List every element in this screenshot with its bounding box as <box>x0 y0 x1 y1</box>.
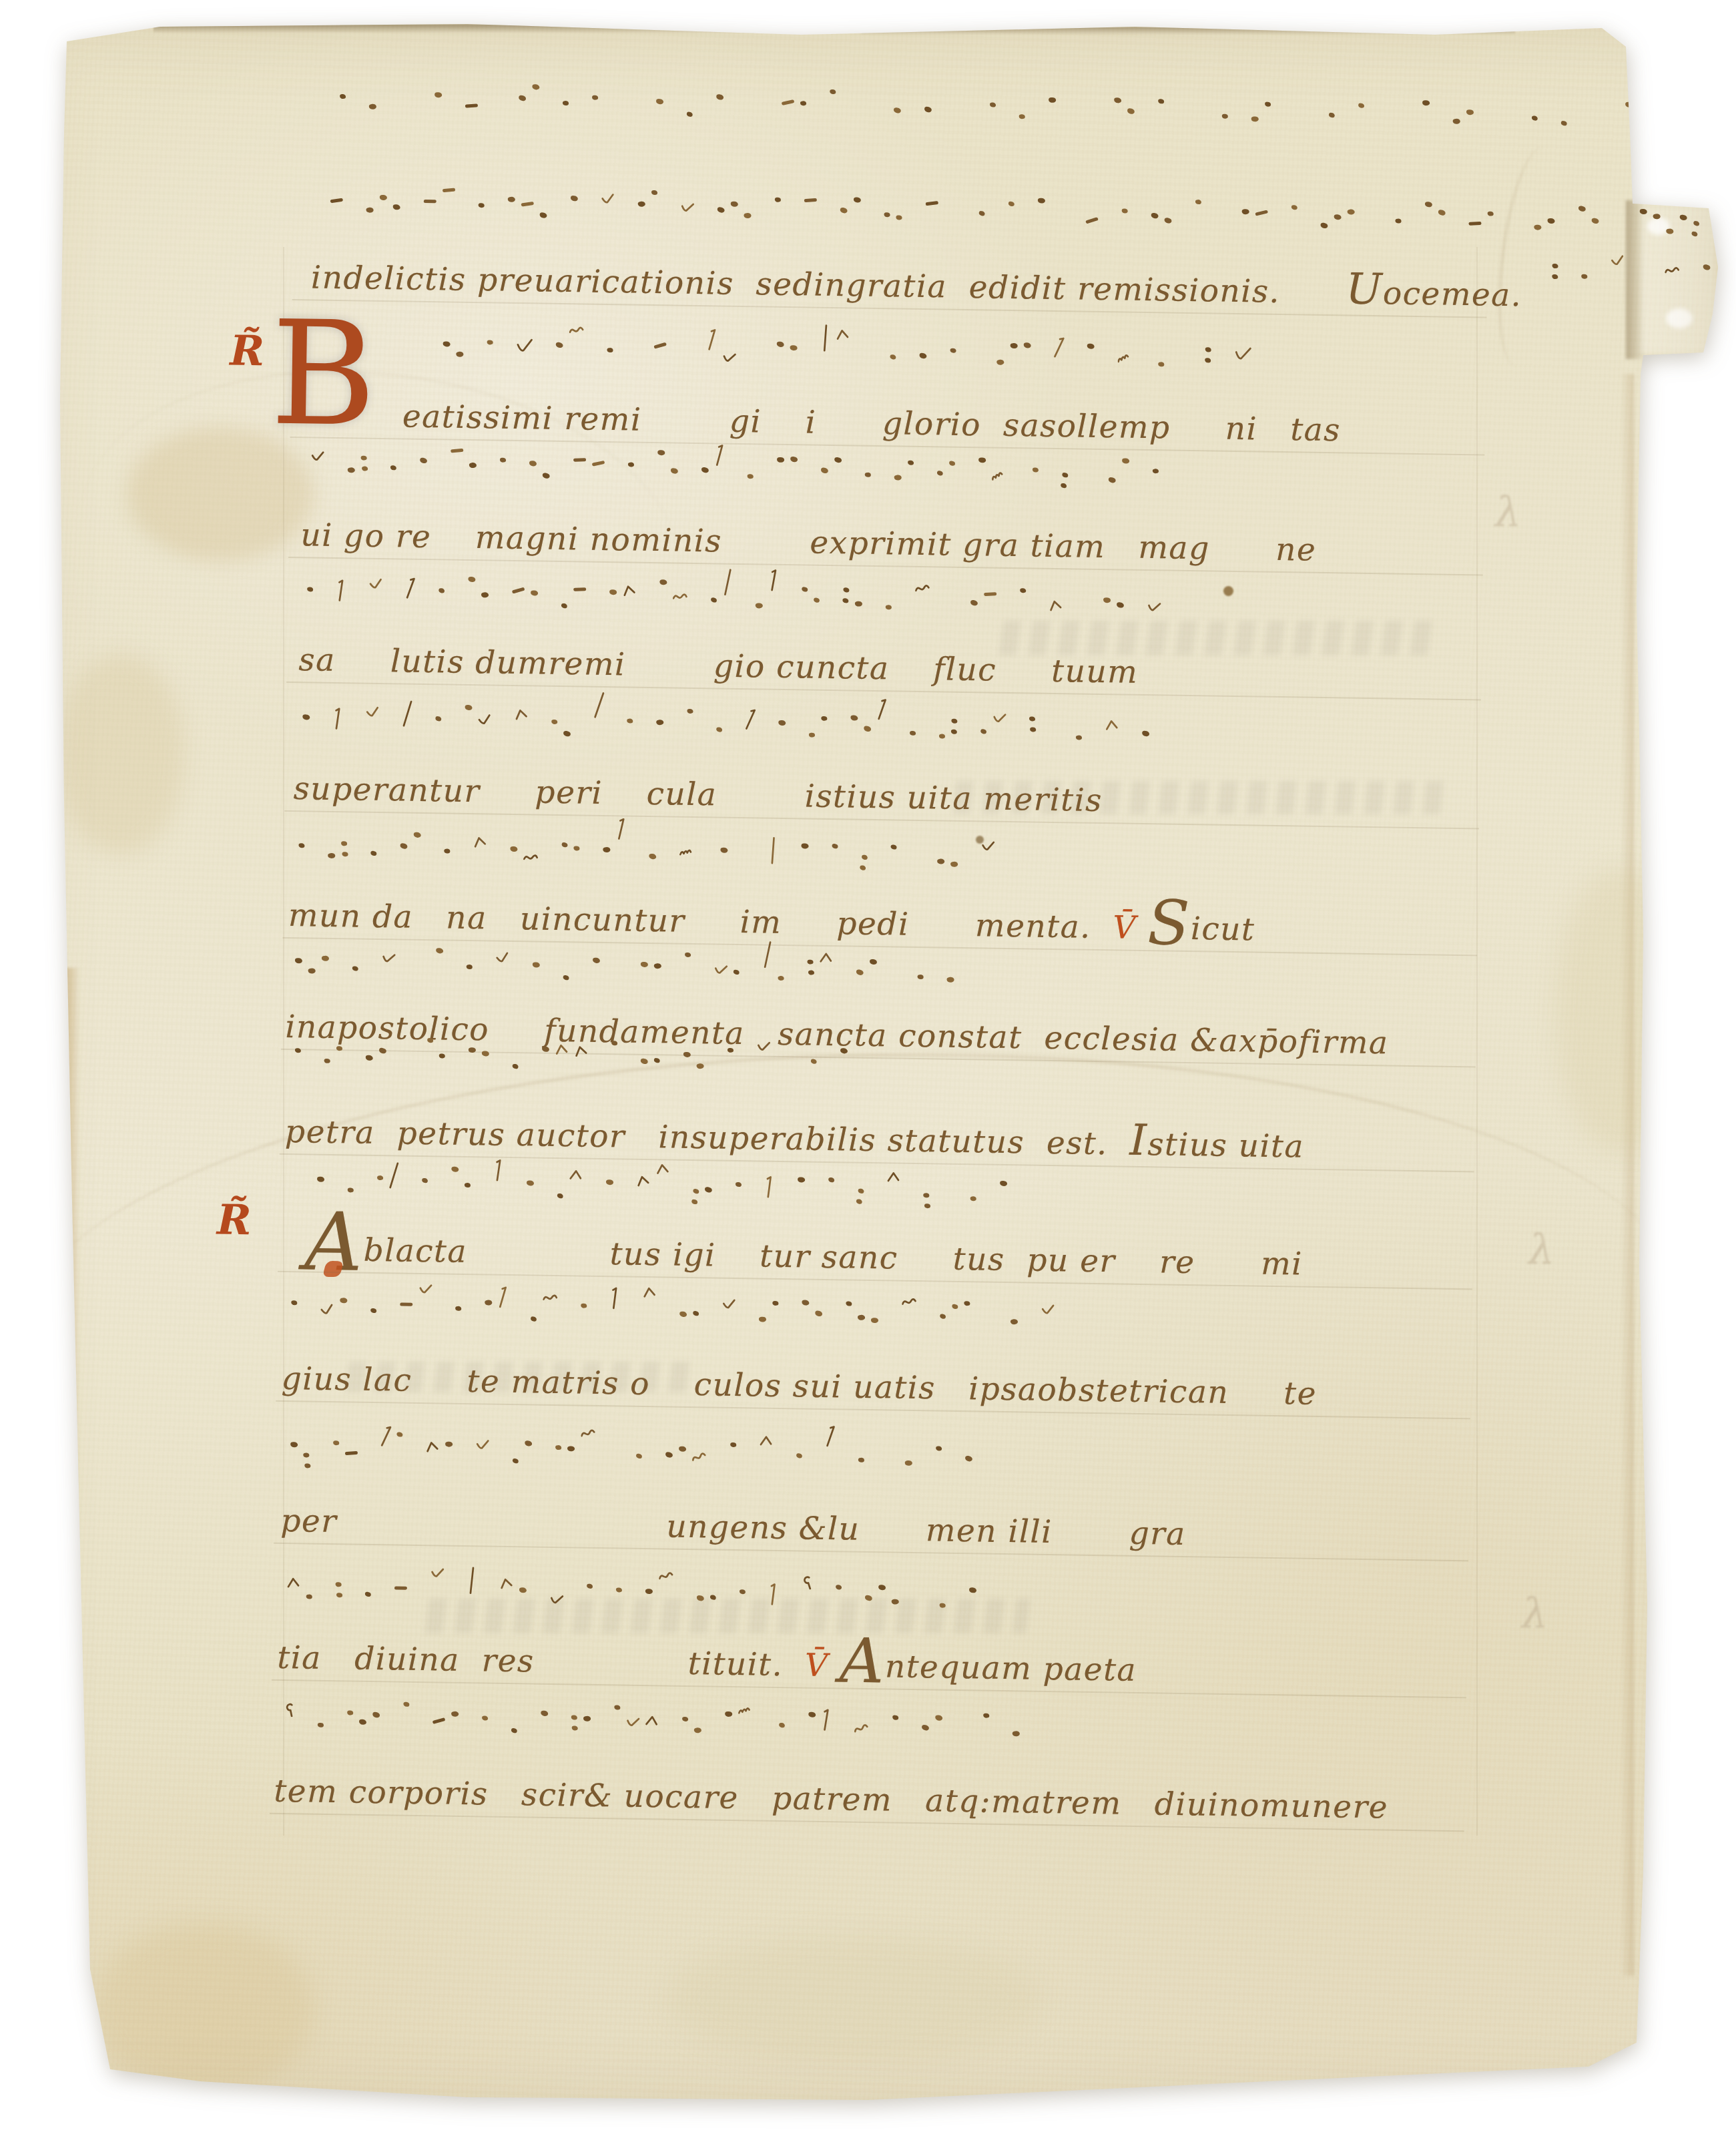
neume <box>767 1581 780 1609</box>
neume <box>1640 209 1647 214</box>
neume <box>607 348 613 353</box>
neume <box>672 590 689 607</box>
neume <box>890 844 896 850</box>
neume <box>425 1440 440 1456</box>
neume <box>1395 218 1402 224</box>
neume <box>482 1715 488 1720</box>
neume <box>935 1715 943 1721</box>
neume <box>679 846 698 862</box>
neume <box>365 1055 373 1061</box>
neume <box>336 1046 343 1051</box>
neume <box>1151 212 1159 218</box>
neume <box>922 1187 930 1209</box>
neume <box>893 107 901 113</box>
neume <box>946 977 954 983</box>
neume <box>840 1048 848 1054</box>
neume <box>476 1438 489 1453</box>
neume <box>563 730 571 737</box>
neume <box>523 851 539 868</box>
neume <box>443 341 451 346</box>
neume <box>365 706 380 722</box>
neume <box>825 1424 836 1451</box>
neume <box>802 1300 810 1306</box>
lyric-segment: A <box>304 1195 364 1289</box>
neume <box>884 212 890 218</box>
neume <box>970 599 978 606</box>
neume <box>563 101 569 106</box>
neume <box>800 101 807 106</box>
lyric-segment: S <box>1147 887 1191 959</box>
neume <box>640 1058 648 1064</box>
neume <box>1666 228 1674 234</box>
neume <box>500 457 507 463</box>
neume <box>908 461 914 465</box>
neume <box>308 968 316 974</box>
neume <box>400 843 408 850</box>
neume <box>324 1058 330 1063</box>
neume <box>810 1059 817 1064</box>
neume <box>573 587 586 591</box>
neume <box>366 207 374 213</box>
rubric-initial: B <box>270 302 377 447</box>
neume <box>756 1040 771 1056</box>
neume <box>856 1183 865 1204</box>
neume <box>1122 208 1128 213</box>
neume <box>1425 202 1432 208</box>
neume <box>878 1585 886 1591</box>
neume <box>940 1314 946 1319</box>
lyric-segment: tia diuina res tituit. <box>277 1639 784 1683</box>
neume <box>738 1705 756 1719</box>
neume <box>1320 222 1328 229</box>
neume <box>1142 730 1150 736</box>
neume <box>711 597 717 603</box>
lyric-segment <box>1091 909 1113 946</box>
neume <box>1552 258 1558 279</box>
neume <box>731 202 738 207</box>
neume <box>557 1193 563 1198</box>
neume <box>405 575 416 603</box>
neume <box>1103 597 1111 603</box>
neume <box>593 957 601 963</box>
neume <box>525 1440 533 1446</box>
neume <box>482 1051 489 1056</box>
neume <box>581 1303 587 1308</box>
neume <box>778 975 784 981</box>
margin-responsory-mark: R̃ <box>230 330 264 372</box>
neume <box>1581 274 1588 279</box>
neume <box>512 1063 519 1069</box>
neume <box>573 846 579 850</box>
neume <box>378 1047 386 1054</box>
neume <box>842 582 850 603</box>
neume <box>891 1599 899 1605</box>
neume <box>970 1196 976 1201</box>
versus-mark: V̄ <box>805 1647 840 1685</box>
neume <box>477 713 492 729</box>
neume <box>707 327 717 354</box>
neume <box>643 1286 657 1302</box>
neume <box>730 1442 737 1448</box>
neume <box>919 352 927 359</box>
neume <box>924 106 932 113</box>
neume <box>318 1722 324 1727</box>
neume <box>1114 97 1122 103</box>
neume <box>401 698 413 731</box>
verso-ghost-glyph: λ <box>1522 1589 1548 1637</box>
neume <box>1679 214 1687 220</box>
neume <box>850 715 858 721</box>
neume <box>990 469 1010 485</box>
neume <box>465 1183 471 1188</box>
neume <box>864 472 871 477</box>
neume <box>298 843 304 848</box>
neume <box>1048 599 1063 615</box>
neume <box>917 975 924 980</box>
neume <box>858 1457 865 1462</box>
neume <box>1029 711 1036 732</box>
neume <box>555 1445 561 1450</box>
neume <box>683 1052 691 1057</box>
neume <box>716 94 724 100</box>
neume <box>365 1592 372 1597</box>
neume <box>782 100 794 104</box>
neume <box>755 603 763 609</box>
neume <box>1531 115 1538 121</box>
neume <box>807 954 815 975</box>
neume <box>436 948 444 954</box>
neume <box>1347 209 1355 215</box>
neume <box>776 341 784 347</box>
neume <box>834 457 842 463</box>
neume <box>1049 97 1057 103</box>
neume <box>1116 602 1124 608</box>
neume <box>855 601 863 607</box>
neume <box>828 1177 835 1183</box>
neume <box>796 1453 802 1458</box>
neume <box>790 345 797 351</box>
neume <box>290 1442 298 1447</box>
neume <box>1291 205 1297 210</box>
neume <box>846 1301 852 1306</box>
neume <box>679 1446 686 1452</box>
neume <box>832 844 838 849</box>
neume <box>696 1063 704 1069</box>
neume <box>1548 218 1555 224</box>
neume <box>1487 211 1493 216</box>
neume <box>616 816 626 843</box>
neume <box>515 336 533 358</box>
neume <box>1653 214 1661 220</box>
neume <box>611 1041 617 1045</box>
neume <box>679 201 695 218</box>
neume <box>641 962 648 968</box>
neume <box>1052 334 1066 362</box>
neume <box>498 1285 508 1312</box>
neume <box>651 190 657 195</box>
neume <box>555 1043 569 1059</box>
neume <box>1703 264 1711 271</box>
neume <box>541 1710 549 1716</box>
neume <box>978 211 985 216</box>
neume <box>368 103 376 109</box>
lyric-segment: ocemea. <box>1383 275 1522 314</box>
neume <box>622 583 637 600</box>
neume <box>1008 202 1015 207</box>
neume <box>443 188 455 192</box>
neume <box>533 962 540 967</box>
lyric-segment <box>1280 274 1346 311</box>
neume <box>1668 111 1676 117</box>
neume <box>856 969 864 976</box>
neume <box>983 1713 989 1718</box>
neume <box>725 1711 733 1717</box>
neume <box>499 1577 515 1593</box>
neume <box>1158 99 1164 104</box>
lyric-segment: U <box>1346 264 1384 314</box>
neume <box>511 1728 517 1733</box>
neume <box>759 1434 774 1450</box>
neume <box>1105 719 1119 734</box>
neume <box>1195 200 1201 204</box>
neume <box>1625 102 1633 107</box>
lyric-segment: icut <box>1190 910 1255 948</box>
neume <box>628 462 635 467</box>
neume <box>984 592 996 597</box>
neume <box>347 467 355 473</box>
neume <box>561 603 567 608</box>
neume <box>380 951 396 968</box>
neume <box>1108 477 1116 483</box>
neume <box>885 605 892 610</box>
neume <box>587 1583 593 1589</box>
neume <box>424 198 437 204</box>
neume <box>340 94 346 99</box>
neume <box>542 1046 550 1052</box>
neume <box>306 1594 312 1599</box>
neume <box>1358 103 1365 108</box>
neume <box>896 215 902 220</box>
neume <box>468 1047 476 1053</box>
neume <box>981 840 995 855</box>
neume <box>736 1182 742 1187</box>
neume <box>747 474 754 479</box>
neume <box>819 951 834 967</box>
neume <box>1422 100 1430 106</box>
neume <box>388 1160 400 1193</box>
neume <box>696 1595 704 1601</box>
neume <box>653 963 661 969</box>
neume <box>360 450 368 471</box>
neume <box>936 471 943 476</box>
neume <box>311 450 324 465</box>
margin-responsory-mark: R̃ <box>217 1199 252 1241</box>
neume <box>394 1585 408 1591</box>
neume <box>451 1166 459 1172</box>
neume <box>821 716 828 722</box>
neume <box>649 853 657 859</box>
neume <box>860 849 869 870</box>
neume <box>1087 343 1095 349</box>
neume <box>422 1177 428 1183</box>
neume <box>801 1575 813 1593</box>
neume <box>291 1300 297 1305</box>
neume <box>1012 1731 1020 1737</box>
neume <box>330 199 343 202</box>
neume <box>894 475 902 481</box>
ruling-vertical <box>1476 247 1478 1836</box>
neume <box>992 712 1006 728</box>
neume <box>413 832 421 838</box>
neume <box>1122 459 1129 464</box>
neume <box>551 720 557 724</box>
neume <box>465 103 478 108</box>
neume <box>340 836 348 857</box>
neume <box>519 95 527 101</box>
neume <box>1468 221 1481 226</box>
neume <box>1117 352 1135 367</box>
neume <box>716 727 723 732</box>
neume <box>555 342 563 348</box>
neume <box>715 443 724 470</box>
neume <box>609 589 617 595</box>
neume <box>430 1567 445 1582</box>
neume <box>766 835 780 868</box>
neume <box>915 583 930 598</box>
neume <box>487 340 493 345</box>
neume <box>481 592 489 598</box>
neume <box>583 1715 591 1721</box>
neume <box>1127 108 1135 115</box>
neume <box>871 1317 879 1323</box>
neume <box>951 714 958 734</box>
neume <box>801 843 809 849</box>
neume <box>473 835 488 851</box>
lyric-segment: A <box>839 1625 886 1697</box>
neume <box>495 951 511 967</box>
neume <box>302 1447 311 1468</box>
neume <box>625 1715 641 1732</box>
neume <box>1033 467 1039 472</box>
verso-ghost-glyph: λ <box>1528 1225 1554 1274</box>
neume <box>679 1311 687 1317</box>
neume <box>1665 264 1681 280</box>
neume <box>1041 1304 1055 1318</box>
neume <box>514 708 529 724</box>
neume <box>733 969 740 975</box>
neume <box>549 1593 564 1609</box>
neume <box>691 1450 707 1467</box>
lyric-segment: I <box>1129 1116 1148 1165</box>
neume <box>601 192 615 208</box>
neume <box>507 196 515 202</box>
neume <box>1000 1181 1007 1186</box>
neume <box>1233 344 1252 366</box>
neume <box>685 953 691 957</box>
neume <box>1038 198 1046 204</box>
neume <box>854 197 862 203</box>
neume <box>804 198 817 203</box>
neume <box>772 1301 779 1306</box>
manuscript-photo: λ λ λ indelictis preuaricationis sedingr… <box>0 0 1736 2136</box>
neume <box>372 1711 380 1718</box>
neume <box>439 588 445 593</box>
neume <box>606 1179 613 1185</box>
neume <box>512 1458 519 1464</box>
neume <box>876 697 888 724</box>
neume <box>886 1171 900 1186</box>
neume <box>778 720 786 726</box>
neume <box>775 197 782 202</box>
neume <box>1164 218 1172 224</box>
neume <box>1578 206 1586 212</box>
neume <box>1085 218 1099 223</box>
neume <box>592 461 605 465</box>
neume <box>432 1718 445 1723</box>
neume <box>722 1298 736 1313</box>
neume <box>980 729 987 734</box>
neume <box>693 1310 699 1316</box>
neume <box>910 730 916 736</box>
neume <box>720 848 728 853</box>
neume <box>709 1595 716 1600</box>
neume <box>645 1588 653 1594</box>
neume <box>904 1460 912 1466</box>
neume <box>820 1707 832 1734</box>
neume <box>1241 208 1249 214</box>
neume <box>571 1709 578 1730</box>
verso-ghost-glyph: λ <box>1495 487 1521 536</box>
neume <box>809 732 816 738</box>
neume <box>512 588 525 593</box>
neume <box>820 467 828 474</box>
neume <box>295 958 302 963</box>
neume <box>936 1446 942 1450</box>
neume <box>332 706 344 733</box>
neume <box>892 1715 898 1719</box>
neume-row <box>1545 267 1710 316</box>
neume <box>439 1053 445 1059</box>
neume <box>665 1452 673 1458</box>
neume <box>701 467 709 473</box>
neume <box>659 579 667 585</box>
neume <box>485 1300 493 1306</box>
neume <box>567 1446 575 1452</box>
neume <box>1638 111 1645 117</box>
neume <box>403 1701 409 1707</box>
neume <box>478 203 485 208</box>
neume <box>723 567 732 599</box>
neume <box>328 852 336 858</box>
neume <box>370 1308 377 1314</box>
neume <box>902 1296 917 1312</box>
neume <box>1255 211 1268 215</box>
neume <box>419 457 427 464</box>
neume <box>352 966 358 971</box>
neume <box>964 1455 972 1462</box>
neume <box>636 1453 643 1458</box>
neume <box>717 207 725 214</box>
neume <box>1020 588 1026 593</box>
neume <box>1146 600 1161 617</box>
neume <box>1438 210 1446 216</box>
neume <box>1152 469 1159 474</box>
neume <box>864 726 872 732</box>
neume <box>335 577 348 605</box>
neume-row <box>288 1051 848 1106</box>
neume <box>1611 254 1625 270</box>
neume <box>1019 114 1025 119</box>
